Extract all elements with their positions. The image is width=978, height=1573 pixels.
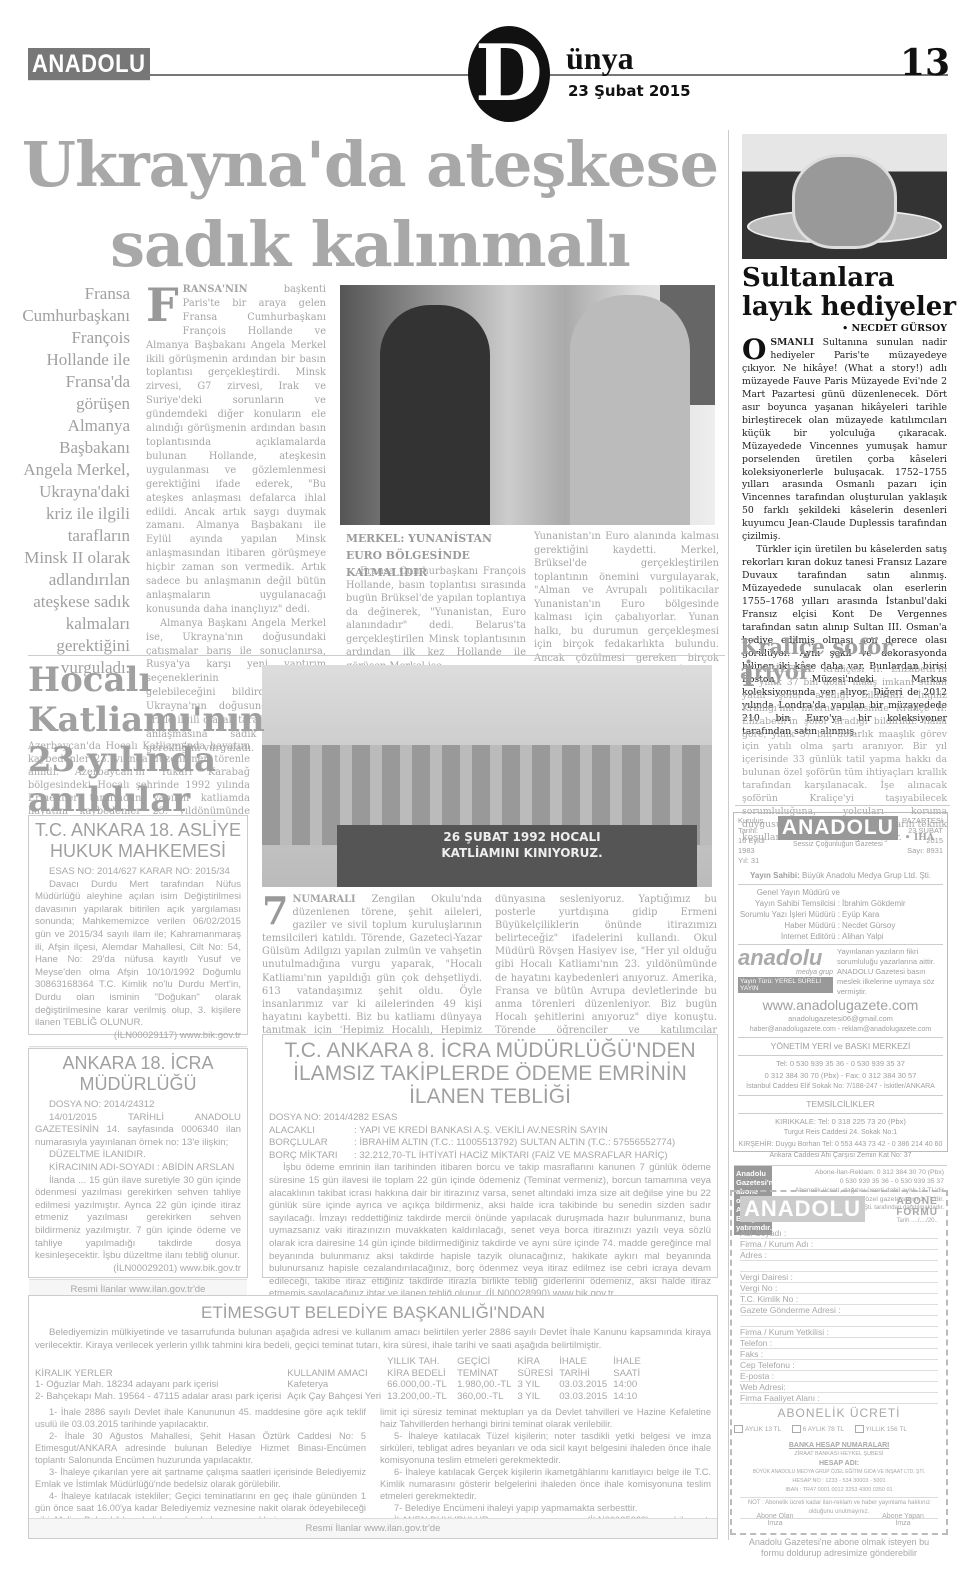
bank-info: BANKA HESAP NUMARALARI ZİRAAT BANKASI HE… <box>740 1441 938 1519</box>
hocali-headline-line-2: 23.yılında anıldılar <box>28 740 388 820</box>
banner-text: 26 ŞUBAT 1992 HOCALI KATLİAMINI KINIYORU… <box>432 829 612 861</box>
dropcap: 7 <box>262 895 288 927</box>
staff-row: Genel Yayın Müdürü ve <box>734 887 947 898</box>
ad-ref: (İLN00029117) www.bik.gov.tr <box>35 1030 241 1043</box>
section-divider <box>735 805 950 806</box>
field-key: ALACAKLI <box>269 1125 354 1138</box>
staff-row: Haber Müdürü :Necdet Gürsoy <box>734 920 947 931</box>
form-footer: Anadolu Gazetesi'ne abone olmak isteyen … <box>740 1537 938 1559</box>
founded-info: Kuruluş Tarihi: 16 Eylül 1983 Yıl: 31 <box>738 816 778 866</box>
field-value: : 32.212,70-TL İHTİYATİ HACİZ MİKTARI (F… <box>354 1150 668 1163</box>
imprint-header: Kuruluş Tarihi: 16 Eylül 1983 Yıl: 31 AN… <box>734 813 947 869</box>
ad-title: T.C. ANKARA 8. İCRA MÜDÜRLÜĞÜ'NDEN İLAMS… <box>263 1035 717 1108</box>
option-6month[interactable]: 6 AYLIK 78 TL <box>792 1425 844 1433</box>
ad-title: ETİMESGUT BELEDİYE BAŞKANLIĞI'NDAN <box>29 1296 717 1323</box>
form-field-name[interactable]: Adı Soyadı : <box>740 1228 938 1239</box>
legal-ad-icra18: ANKARA 18. İCRA MÜDÜRLÜĞÜ DOSYA NO: 2014… <box>28 1048 248 1278</box>
form-field-delivery-address-2[interactable] <box>740 1316 938 1327</box>
hq-title: YÖNETİM YERİ ve BASKI MERKEZİ <box>734 1040 947 1053</box>
column-divider <box>728 130 729 1540</box>
table-header: KİRA SÜRESİ <box>517 1356 559 1379</box>
form-date-field[interactable]: Tarih ..../..../20.. <box>896 1218 938 1224</box>
ad-title: ANKARA 18. İCRA MÜDÜRLÜĞÜ <box>29 1049 247 1095</box>
headline-line-2: sadık kalınmalı <box>10 205 730 285</box>
form-field-web[interactable]: Web Adresi: <box>740 1382 938 1393</box>
table-cell: 66.000,00.-TL <box>387 1379 457 1391</box>
form-title-1: ABONE <box>896 1196 938 1207</box>
sign-left: Abone Olan İmza <box>750 1513 800 1527</box>
ad-clause: 5- İhaleye katılacak Tüzel kişilerin; no… <box>380 1430 711 1466</box>
media-block: anadolu medya grup Yayın Türü: YEREL SÜR… <box>734 947 947 997</box>
ad-line: KİRACININ ADI-SOYADI : ABİDİN ARSLAN <box>35 1162 241 1175</box>
table-header: İHALE TARİHİ <box>559 1356 613 1379</box>
staff-role: Genel Yayın Müdürü ve <box>734 887 842 898</box>
table-row: 2- Bahçekapı Mah. 19564 - 47115 adalar a… <box>35 1391 647 1403</box>
form-field-activity[interactable]: Firma Faaliyet Alanı : <box>740 1393 938 1404</box>
divider <box>738 1055 943 1056</box>
checkbox-icon[interactable] <box>792 1425 801 1433</box>
ad-ref: (İLN00029201) www.bik.gov.tr <box>35 1263 241 1276</box>
fee-options: AYLIK 13 TL 6 AYLIK 78 TL YILLIK 156 TL <box>734 1420 938 1438</box>
table-header: KULLANIM AMACI <box>287 1356 387 1379</box>
sultan-body-p1: Sultanına sunulan nadir hediyeler Paris'… <box>742 337 947 542</box>
email-link[interactable]: anadolugazetesi06@gmail.com <box>734 1013 947 1024</box>
ad-line: DOSYA NO: 2014/24312 <box>35 1099 241 1112</box>
table-cell: 14:10 <box>613 1391 647 1403</box>
form-field-tc-id[interactable]: T.C. Kimlik No : <box>740 1294 938 1305</box>
table-row: 1- Oğuzlar Mah. 18234 adayanı park içeri… <box>35 1379 647 1391</box>
field-value: : YAPI VE KREDİ BANKASI A.Ş. VEKİLİ AV.N… <box>354 1125 608 1138</box>
option-yearly[interactable]: YILLIK 156 TL <box>855 1425 907 1433</box>
issue-info: PAZARTESİ 23 ŞUBAT 2015 Sayı: 8931 <box>898 816 943 866</box>
ad-text: İşbu ödeme emrinin ilan tarihinden itiba… <box>269 1162 711 1301</box>
disclaimer: Yayınlanan yazıların fikri sorumluluğu y… <box>837 947 943 997</box>
ad-clause: 3- İhaleye çıkarılan yere ait şartname ç… <box>35 1466 366 1490</box>
main-headline: Ukrayna'da ateşkese sadık kalınmalı <box>10 125 730 285</box>
legal-ad-court: T.C. ANKARA 18. ASLİYE HUKUK MAHKEMESİ E… <box>28 815 248 1035</box>
form-logo: ANADOLU <box>740 1196 865 1222</box>
form-title: ABONE FORMU Tarih ..../..../20.. <box>896 1196 938 1224</box>
ad-col-right: limit içi süresiz teminat mektupları ya … <box>380 1406 711 1526</box>
bowl-shape <box>792 154 897 249</box>
field-key: BORÇ MİKTARI <box>269 1150 354 1163</box>
staff-row: İnternet Editörü :Alihan Yalpi <box>734 931 947 942</box>
runin: RANSA'NIN <box>183 284 248 295</box>
issue-date: 23 Şubat 2015 <box>568 82 691 100</box>
form-field-phone[interactable]: Telefon : <box>740 1338 938 1349</box>
table-cell: 13.200,00.-TL <box>387 1391 457 1403</box>
sub-body-b: Yunanistan'ın Euro alanında kalması gere… <box>534 530 719 679</box>
main-lead: Fransa Cumhurbaşkanı François Hollande i… <box>22 283 130 679</box>
account-label: HESAP ADI: <box>740 1459 938 1468</box>
form-field-delivery-address[interactable]: Gazete Gönderme Adresi : <box>740 1305 938 1316</box>
table-cell: 2- Bahçekapı Mah. 19564 - 47115 adalar a… <box>35 1391 287 1403</box>
imprint-box: Kuruluş Tarihi: 16 Eylül 1983 Yıl: 31 AN… <box>733 812 948 1152</box>
ad-line: ESAS NO: 2014/627 KARAR NO: 2015/34 <box>35 866 241 879</box>
staff-name: Eyüp Kara <box>842 909 879 920</box>
form-field-company[interactable]: Firma / Kurum Adı : <box>740 1239 938 1250</box>
hq-tel: Tel: 0 530 939 35 36 - 0 530 939 35 37 <box>734 1058 947 1070</box>
rep-line: KIRŞEHİR: Duygu Borhan Tel: 0 553 443 73… <box>734 1139 947 1151</box>
bank-title: BANKA HESAP NUMARALARI <box>740 1441 938 1450</box>
rep-address: Turgut Reis Caddesi 24. Sokak No:1 <box>734 1127 947 1139</box>
ad-body: DOSYA NO: 2014/24312 14/01/2015 TARİHLİ … <box>29 1095 247 1279</box>
table-cell: 1.980,00.-TL <box>457 1379 517 1391</box>
table-cell: 03.03.2015 <box>559 1391 613 1403</box>
ad-clause: 1- İhale 2886 sayılı Devlet ihale Kanunu… <box>35 1406 366 1430</box>
hollande-figure <box>380 305 490 525</box>
sub-line: Abone-İlan-Reklam: 0 312 384 30 70 (Pbx) <box>775 1168 944 1177</box>
byline: • NECDET GÜRSOY <box>742 323 947 334</box>
email-link[interactable]: haber@anadolugazete.com - reklam@anadolu… <box>734 1024 947 1035</box>
imprint-logo: ANADOLU <box>778 816 898 840</box>
ad-body: Belediyemizin mülkiyetinde ve tasarrufun… <box>29 1323 717 1356</box>
merkel-figure <box>570 295 690 525</box>
media-logo-block: anadolu medya grup Yayın Türü: YEREL SÜR… <box>738 947 833 997</box>
dropcap: İ <box>742 666 755 688</box>
founded-date: 16 Eylül 1983 <box>738 836 778 856</box>
porcelain-bowl-photo <box>742 134 947 259</box>
staff-name: Necdet Gürsoy <box>842 920 895 931</box>
table-cell: Açık Çay Bahçesi Yeri <box>287 1391 387 1403</box>
form-field-email[interactable]: E-posta : <box>740 1371 938 1382</box>
form-title-2: FORMU <box>896 1207 938 1218</box>
ad-col-left: 1- İhale 2886 sayılı Devlet ihale Kanunu… <box>35 1406 366 1526</box>
ad-clause: 2- İhale 30 Ağustos Mahallesi, Şehit Has… <box>35 1430 366 1466</box>
ad-clause: 7- Belediye Encümeni ihaleyi yapıp yapma… <box>380 1502 711 1514</box>
dropcap: F <box>146 285 179 325</box>
iban: IBAN : TR47 0001 0012 3253 4300 0350 01 <box>740 1486 938 1495</box>
ad-field: ALACAKLI: YAPI VE KREDİ BANKASI A.Ş. VEK… <box>269 1125 711 1138</box>
ad-text: İlanda ... 15 gün ilave suretiyle 30 gün… <box>35 1175 241 1263</box>
staff-name: İbrahim Gökdemir <box>842 898 906 909</box>
hq-pbx: 0 312 384 30 70 (Pbx) - Fax: 0 312 384 3… <box>734 1070 947 1082</box>
table-cell: 1- Oğuzlar Mah. 18234 adayanı park içeri… <box>35 1379 287 1391</box>
main-body-p1: başkenti Paris'te bir araya gelen Fransa… <box>146 284 326 615</box>
table-cell: 14:00 <box>613 1379 647 1391</box>
fee-title: ABONELİK ÜCRETİ <box>740 1406 938 1420</box>
imprint-logo-block: ANADOLU Sessiz Çoğunluğun Gazetesi <box>778 816 898 866</box>
hocali-headline-line-1: Hocalı Katliamı'nın <box>28 660 388 740</box>
weekday: PAZARTESİ <box>898 816 943 826</box>
dropcap: O <box>742 339 766 361</box>
publisher-name: Büyük Anadolu Medya Grup Ltd. Şti. <box>802 871 931 880</box>
runin: SMANLI <box>770 337 814 348</box>
staff-row: Sorumlu Yazı İşleri Müdürü :Eyüp Kara <box>734 909 947 920</box>
ad-clause: 6- İhaleye katılacak Gerçek kişilerin ik… <box>380 1466 711 1502</box>
subscription-form: ANADOLU ABONE FORMU Tarih ..../..../20..… <box>730 1190 948 1535</box>
sign-right: Abone Yapan İmza <box>878 1513 928 1527</box>
ad-intro: Belediyemizin mülkiyetinde ve tasarrufun… <box>35 1327 711 1352</box>
section-divider <box>28 655 725 656</box>
ad-clause: limit içi süresiz teminat mektupları ya … <box>380 1406 711 1430</box>
table-cell: 360,00.-TL <box>457 1391 517 1403</box>
page-number: 13 <box>900 42 950 84</box>
ad-field: BORÇLULAR: İBRAHİM ALTIN (T.C.: 11005513… <box>269 1137 711 1150</box>
option-label: YILLIK 156 TL <box>866 1426 907 1433</box>
divider <box>738 1037 943 1038</box>
ad-columns: 1- İhale 2886 sayılı Devlet ihale Kanunu… <box>29 1402 717 1530</box>
sub-body-a: Fransa Cumhurbaşkanı François Hollande, … <box>346 565 526 673</box>
rental-table: KİRALIK YERLER KULLANIM AMACI YILLIK TAH… <box>35 1356 647 1402</box>
table-cell: 3 YIL <box>517 1391 559 1403</box>
headline-line-1: Ukrayna'da ateşkese <box>10 125 730 205</box>
form-field-tax-no[interactable]: Vergi No : <box>740 1283 938 1294</box>
website-link[interactable]: www.anadolugazete.com <box>734 997 947 1013</box>
rep-line: KIRIKKALE: Tel: 0 318 225 73 20 (Pbx) <box>734 1116 947 1128</box>
staff-role: Yayın Sahibi Temsilcisi : <box>734 898 842 909</box>
section-name: ünya <box>566 40 634 77</box>
reps-title: TEMSİLCİLİKLER <box>734 1098 947 1111</box>
sub-line: 0 530 939 35 36 - 0 530 939 35 37 <box>775 1177 944 1186</box>
form-field-mobile[interactable]: Cep Telefonu : <box>740 1360 938 1371</box>
ad-field: BORÇ MİKTARI: 32.212,70-TL İHTİYATİ HACİ… <box>269 1150 711 1163</box>
table-cell: 3 YIL <box>517 1379 559 1391</box>
form-field-tax-office[interactable]: Vergi Dairesi : <box>740 1272 938 1283</box>
ad-text: Davacı Durdu Mert tarafından Nüfus Müdür… <box>35 879 241 1030</box>
table-header: YILLIK TAH. KİRA BEDELİ <box>387 1356 457 1379</box>
field-value: : İBRAHİM ALTIN (T.C.: 11005513792) SULT… <box>354 1137 675 1150</box>
form-field-address[interactable]: Adres : <box>740 1250 938 1261</box>
table-header-row: KİRALIK YERLER KULLANIM AMACI YILLIK TAH… <box>35 1356 647 1379</box>
publisher-line: Yayın Sahibi: Büyük Anadolu Medya Grup L… <box>734 869 947 882</box>
media-logo: anadolu <box>738 947 833 969</box>
publisher-label: Yayın Sahibi: <box>750 871 800 880</box>
rep-address: Ankara Caddesi Ahi Çarşısı Zemin Kat No:… <box>734 1150 947 1162</box>
checkbox-icon[interactable] <box>734 1425 743 1433</box>
founded-label: Kuruluş Tarihi: <box>738 816 778 836</box>
table-header: GEÇİCİ TEMİNAT <box>457 1356 517 1379</box>
staff-row: Yayın Sahibi Temsilcisi :İbrahim Gökdemi… <box>734 898 947 909</box>
checkbox-icon[interactable] <box>855 1425 864 1433</box>
ad-body: DOSYA NO: 2014/4282 ESAS ALACAKLI: YAPI … <box>263 1108 717 1305</box>
ad-text-body: İşbu ödeme emrinin ilan tarihinden itiba… <box>269 1162 711 1299</box>
table-cell: Kafeterya <box>287 1379 387 1391</box>
pub-type: Yayın Türü: YEREL SÜRELİ YAYIN <box>738 977 833 993</box>
form-header: ANADOLU ABONE FORMU Tarih ..../..../20.. <box>740 1196 938 1224</box>
field-key: BORÇLULAR <box>269 1137 354 1150</box>
option-label: AYLIK 13 TL <box>745 1426 781 1433</box>
ad-title: T.C. ANKARA 18. ASLİYE HUKUK MAHKEMESİ <box>29 816 247 862</box>
legal-ad-etimesgut: ETİMESGUT BELEDİYE BAŞKANLIĞI'NDAN Beled… <box>28 1295 718 1539</box>
form-field-address-2[interactable] <box>740 1261 938 1272</box>
option-label: 6 AYLIK 78 TL <box>803 1426 844 1433</box>
runin: NGİLTERE <box>759 664 814 675</box>
bank-name: ZİRAAT BANKASI HEYKEL ŞUBESİ <box>740 1450 938 1459</box>
divider <box>738 1113 943 1114</box>
ad-line: 14/01/2015 TARİHLİ ANADOLU GAZETESİNİN 1… <box>35 1112 241 1150</box>
media-sub: medya grup <box>738 969 833 976</box>
sultan-headline: Sultanlara layık hediyeler <box>742 264 957 322</box>
hocali-headline: Hocalı Katliamı'nın 23.yılında anıldılar <box>28 660 388 820</box>
table-cell: 03.03.2015 <box>559 1379 613 1391</box>
staff-name: Alihan Yalpi <box>842 931 884 942</box>
option-monthly[interactable]: AYLIK 13 TL <box>734 1425 781 1433</box>
divider <box>738 1095 943 1096</box>
slogan: Sessiz Çoğunluğun Gazetesi <box>778 840 898 850</box>
ad-file-no: DOSYA NO: 2014/4282 ESAS <box>269 1112 711 1125</box>
form-field-contact-person[interactable]: Firma / Kurum Yetkilisi : <box>740 1327 938 1338</box>
issue-number: Sayı: 8931 <box>898 846 943 856</box>
staff-role: Haber Müdürü : <box>734 920 842 931</box>
account-no: HESAP NO : 1233 - 534 30003 - 5001 <box>740 1477 938 1486</box>
ad-footer-link[interactable]: Resmi İlanlar www.ilan.gov.tr'de <box>29 1518 717 1538</box>
form-fields: Adı Soyadı : Firma / Kurum Adı : Adres :… <box>740 1228 938 1404</box>
form-field-fax[interactable]: Faks : <box>740 1349 938 1360</box>
runin: NUMARALI <box>292 894 355 905</box>
account-name: BÜYÜK ANADOLU MEDYA GRUP ÖZEL EĞİTİM GID… <box>740 1468 938 1477</box>
hq-address: İstanbul Caddesi Elif Sokak No: 7/188-24… <box>734 1081 947 1093</box>
table-header: KİRALIK YERLER <box>35 1356 287 1379</box>
staff-role: İnternet Editörü : <box>734 931 842 942</box>
imprint-date: 23 ŞUBAT 2015 <box>898 826 943 846</box>
year-label: Yıl: 31 <box>738 856 778 866</box>
section-initial-badge: D <box>468 26 550 122</box>
ad-line: DÜZELTME İLANIDIR. <box>35 1149 241 1162</box>
table-header: İHALE SAATİ <box>613 1356 647 1379</box>
staff-role: Sorumlu Yazı İşleri Müdürü : <box>734 909 842 920</box>
ad-body: ESAS NO: 2014/627 KARAR NO: 2015/34 Dava… <box>29 862 247 1046</box>
legal-ad-icra8: T.C. ANKARA 8. İCRA MÜDÜRLÜĞÜ'NDEN İLAMS… <box>262 1034 718 1278</box>
hollande-merkel-photo <box>340 285 715 525</box>
divider <box>738 884 943 885</box>
